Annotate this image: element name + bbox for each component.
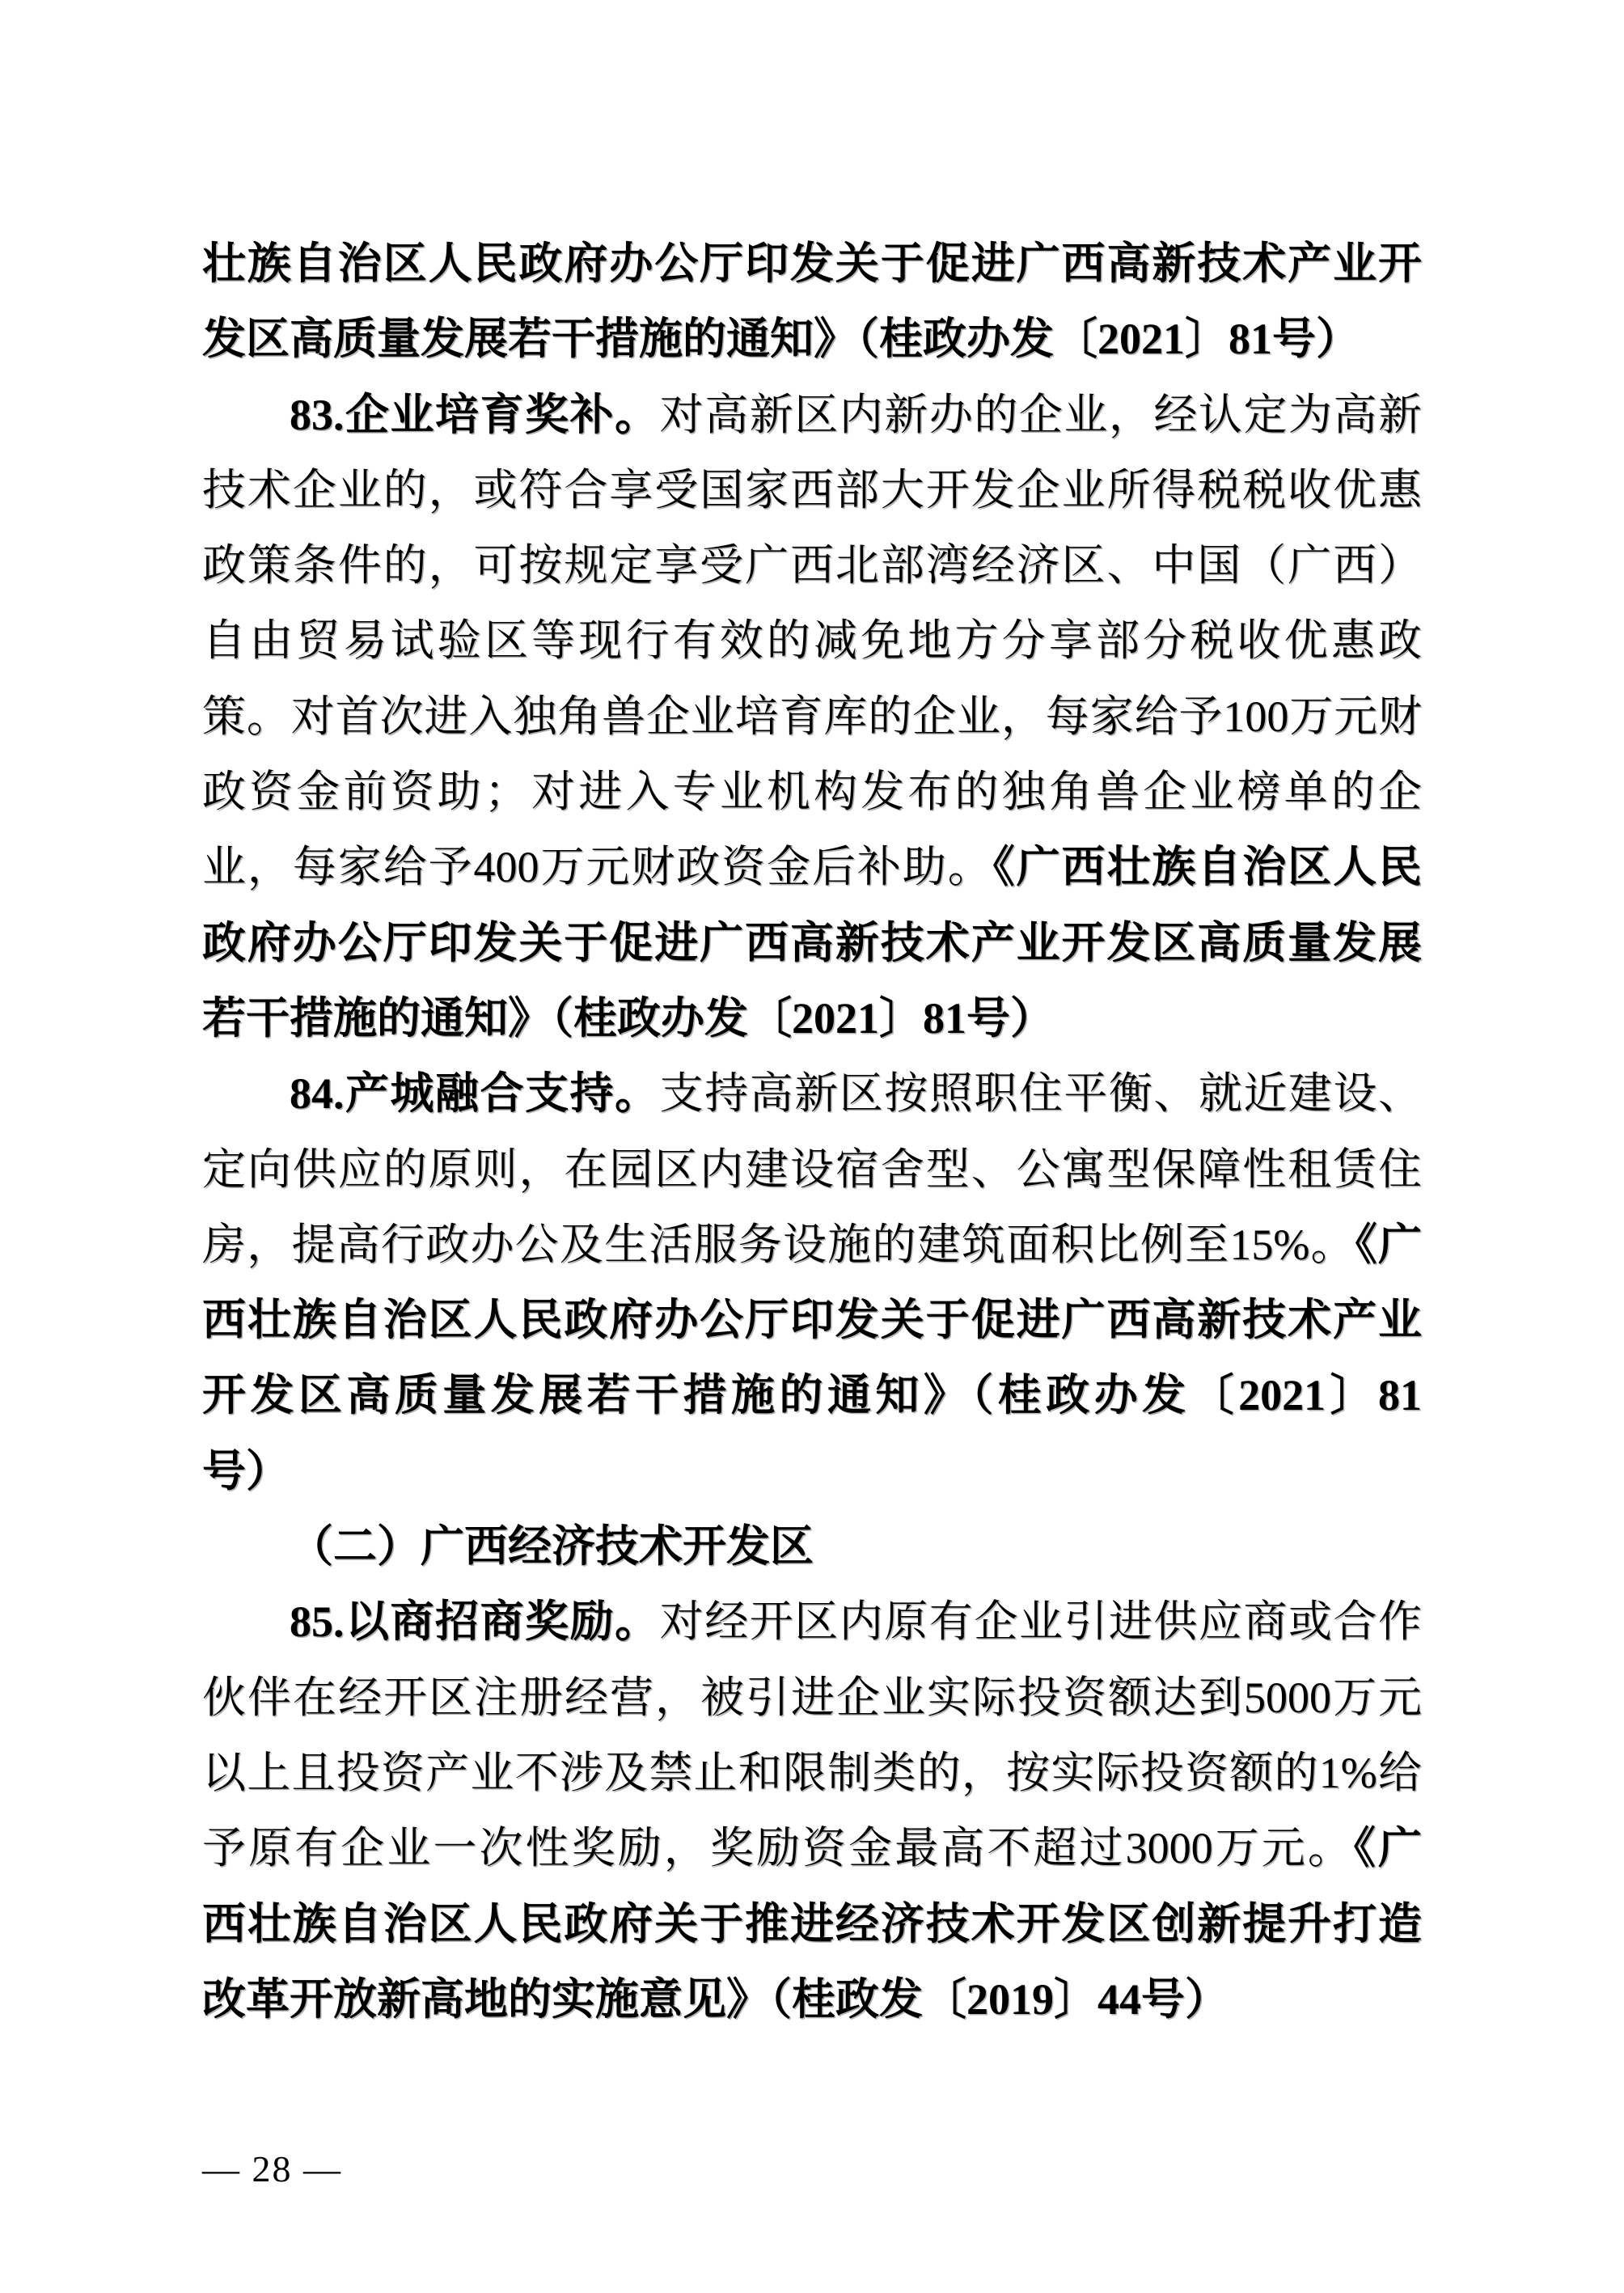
text-line: 号）: [202, 1434, 1422, 1509]
body-text: 定向供应的原则，在园区内建设宿舍型、公寓型保障性租赁住: [202, 1145, 1422, 1194]
body-text: 以上且投资产业不涉及禁止和限制类的，按实际投资额的1%给: [202, 1749, 1422, 1797]
text-line: 定向供应的原则，在园区内建设宿舍型、公寓型保障性租赁住: [202, 1132, 1422, 1208]
body-text: 自由贸易试验区等现行有效的减免地方分享部分税收优惠政: [202, 616, 1422, 665]
body-text: 政资金前资助；对进入专业机构发布的独角兽企业榜单的企: [202, 768, 1422, 816]
text-line: 西壮族自治区人民政府关于推进经济技术开发区创新提升打造: [202, 1887, 1422, 1962]
text-line: 予原有企业一次性奖励，奖励资金最高不超过3000万元。《广: [202, 1811, 1422, 1886]
emphasized-text: 号）: [202, 1447, 290, 1496]
document-body: 壮族自治区人民政府办公厅印发关于促进广西高新技术产业开发区高质量发展若干措施的通…: [202, 226, 1422, 2037]
text-line: 改革开放新高地的实施意见》（桂政发〔2019〕44号）: [202, 1962, 1422, 2037]
text-line: 壮族自治区人民政府办公厅印发关于促进广西高新技术产业开: [202, 226, 1422, 302]
text-line: 政府办公厅印发关于促进广西高新技术产业开发区高质量发展: [202, 906, 1422, 981]
emphasized-text: 85.以商招商奖励。: [290, 1597, 660, 1646]
emphasized-text: 开发区高质量发展若干措施的通知》（桂政办发〔2021〕81: [202, 1371, 1422, 1419]
text-line: 85.以商招商奖励。对经开区内原有企业引进供应商或合作: [202, 1584, 1422, 1660]
emphasized-text: 84.产城融合支持。: [290, 1069, 660, 1118]
text-line: 发区高质量发展若干措施的通知》（桂政办发〔2021〕81号）: [202, 302, 1422, 377]
emphasized-text: 《广: [1355, 1221, 1422, 1269]
text-line: 伙伴在经开区注册经营，被引进企业实际投资额达到5000万元: [202, 1661, 1422, 1736]
text-line: 若干措施的通知》（桂政办发〔2021〕81号）: [202, 981, 1422, 1056]
text-line: 84.产城融合支持。支持高新区按照职住平衡、就近建设、: [202, 1056, 1422, 1132]
body-text: 支持高新区按照职住平衡、就近建设、: [660, 1069, 1422, 1118]
body-text: 伙伴在经开区注册经营，被引进企业实际投资额达到5000万元: [202, 1673, 1422, 1722]
text-line: 开发区高质量发展若干措施的通知》（桂政办发〔2021〕81: [202, 1358, 1422, 1433]
emphasized-text: 政府办公厅印发关于促进广西高新技术产业开发区高质量发展: [202, 919, 1422, 967]
document-page: 壮族自治区人民政府办公厅印发关于促进广西高新技术产业开发区高质量发展若干措施的通…: [0, 0, 1624, 2293]
text-line: 自由贸易试验区等现行有效的减免地方分享部分税收优惠政: [202, 603, 1422, 679]
body-text: 对经开区内原有企业引进供应商或合作: [660, 1597, 1422, 1646]
emphasized-text: 若干措施的通知》（桂政办发〔2021〕81号）: [202, 994, 1054, 1043]
body-text: 技术企业的，或符合享受国家西部大开发企业所得税税收优惠: [202, 466, 1422, 514]
body-text: 业，每家给予400万元财政资金后补助。: [202, 843, 993, 891]
text-line: 政策条件的，可按规定享受广西北部湾经济区、中国（广西）: [202, 528, 1422, 603]
text-line: 83.企业培育奖补。对高新区内新办的企业，经认定为高新: [202, 378, 1422, 453]
body-text: 房，提高行政办公及生活服务设施的建筑面积比例至15%。: [202, 1221, 1355, 1269]
text-line: 技术企业的，或符合享受国家西部大开发企业所得税税收优惠: [202, 453, 1422, 528]
text-line: 西壮族自治区人民政府办公厅印发关于促进广西高新技术产业: [202, 1283, 1422, 1358]
emphasized-text: （二）广西经济技术开发区: [290, 1522, 814, 1571]
body-text: 对高新区内新办的企业，经认定为高新: [660, 391, 1422, 439]
emphasized-text: 《广西壮族自治区人民: [993, 843, 1422, 891]
emphasized-text: 壮族自治区人民政府办公厅印发关于促进广西高新技术产业开: [202, 239, 1422, 288]
emphasized-text: 发区高质量发展若干措施的通知》（桂政办发〔2021〕81号）: [202, 315, 1360, 363]
body-text: 予原有企业一次性奖励，奖励资金最高不超过3000万元。: [202, 1824, 1354, 1872]
body-text: 策。对首次进入独角兽企业培育库的企业，每家给予100万元财: [202, 692, 1422, 741]
emphasized-text: 《广: [1354, 1824, 1422, 1872]
page-number: — 28 —: [202, 2148, 342, 2189]
text-line: （二）广西经济技术开发区: [202, 1509, 1422, 1584]
text-line: 业，每家给予400万元财政资金后补助。《广西壮族自治区人民: [202, 830, 1422, 905]
text-line: 政资金前资助；对进入专业机构发布的独角兽企业榜单的企: [202, 755, 1422, 830]
emphasized-text: 83.企业培育奖补。: [290, 391, 660, 439]
page-footer: — 28 —: [202, 2145, 342, 2194]
emphasized-text: 改革开放新高地的实施意见》（桂政发〔2019〕44号）: [202, 1975, 1229, 2024]
text-line: 以上且投资产业不涉及禁止和限制类的，按实际投资额的1%给: [202, 1736, 1422, 1811]
body-text: 政策条件的，可按规定享受广西北部湾经济区、中国（广西）: [202, 541, 1422, 590]
text-line: 策。对首次进入独角兽企业培育库的企业，每家给予100万元财: [202, 679, 1422, 755]
emphasized-text: 西壮族自治区人民政府办公厅印发关于促进广西高新技术产业: [202, 1296, 1422, 1344]
text-line: 房，提高行政办公及生活服务设施的建筑面积比例至15%。《广: [202, 1208, 1422, 1283]
emphasized-text: 西壮族自治区人民政府关于推进经济技术开发区创新提升打造: [202, 1900, 1422, 1948]
